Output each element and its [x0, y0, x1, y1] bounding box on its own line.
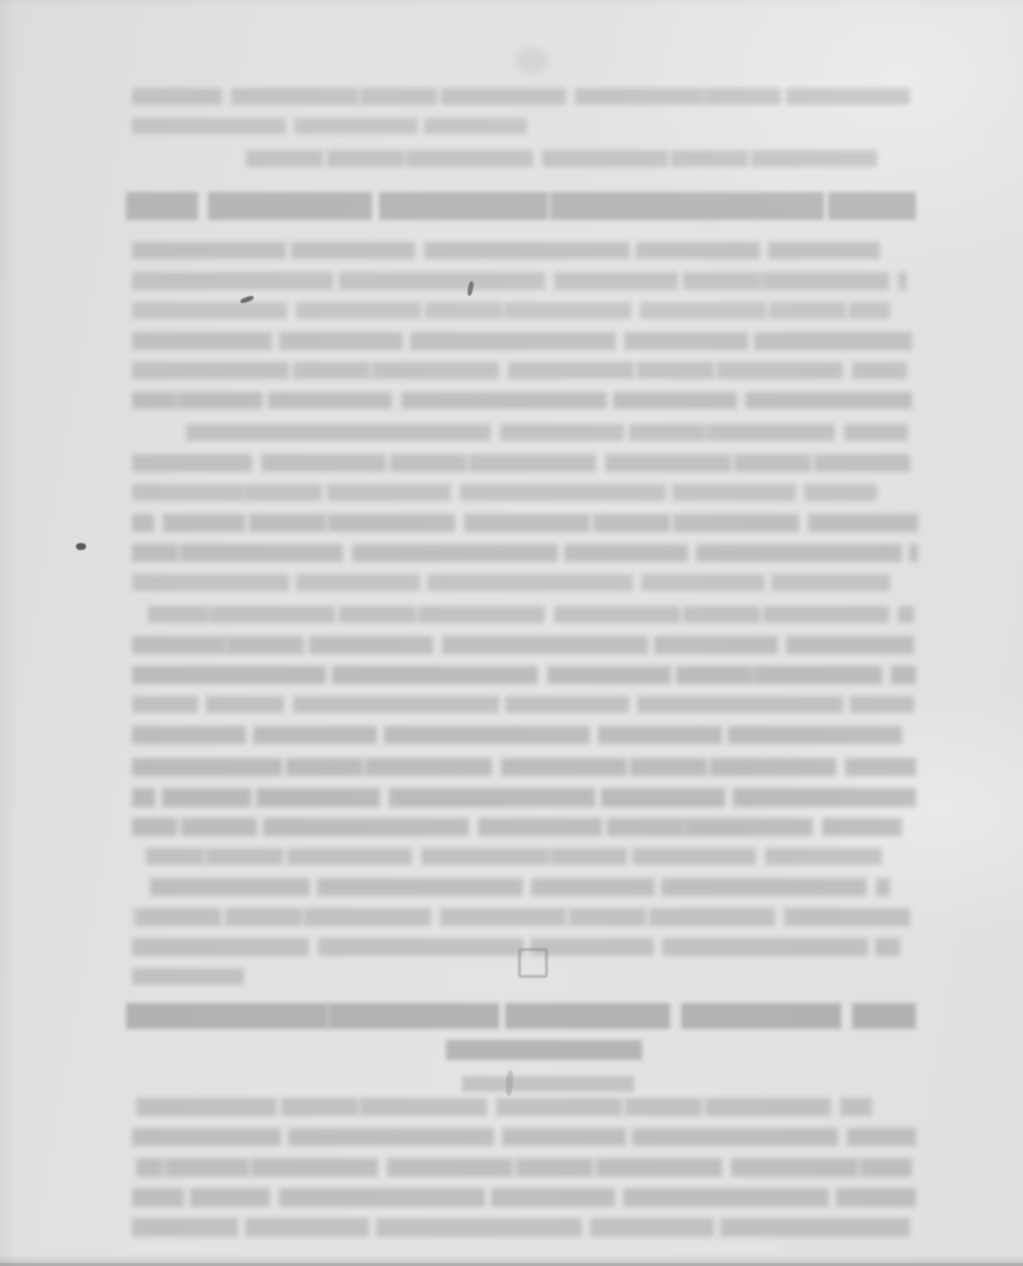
- ink-speck: [76, 543, 86, 550]
- ink-specks-layer: [0, 0, 1023, 1266]
- page-left-shading: [0, 0, 16, 1266]
- scanned-document-page: [0, 0, 1023, 1266]
- ink-speck: [505, 1070, 514, 1096]
- ink-speck: [515, 48, 549, 74]
- ink-speck: [240, 295, 255, 304]
- ink-speck: [467, 281, 475, 297]
- faint-box-mark: [518, 948, 548, 978]
- page-top-shading: [0, 0, 1023, 8]
